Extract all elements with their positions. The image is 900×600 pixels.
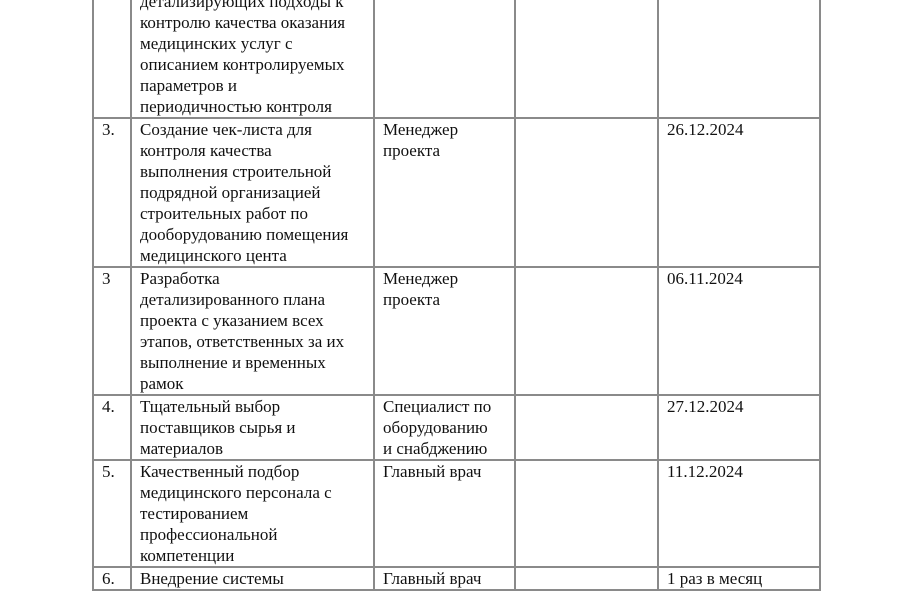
responsible-cell: Менеджер проекта [374, 267, 515, 395]
task-cell: Разработка детализированного плана проек… [131, 267, 374, 395]
empty-cell [515, 395, 658, 460]
task-cell: Создание чек-листа для контроля качества… [131, 118, 374, 267]
row-number: 3 [93, 267, 131, 395]
deadline-cell: 26.12.2024 [658, 118, 820, 267]
document-page: документов, детализирующих подходы к кон… [0, 0, 900, 600]
empty-cell [515, 567, 658, 590]
table-row: 3. Создание чек-листа для контроля качес… [93, 118, 820, 267]
empty-cell [515, 0, 658, 118]
row-number [93, 0, 131, 118]
row-number: 4. [93, 395, 131, 460]
empty-cell [515, 267, 658, 395]
responsible-cell [374, 0, 515, 118]
responsible-cell: Менеджер проекта [374, 118, 515, 267]
table-row: 4. Тщательный выбор поставщиков сырья и … [93, 395, 820, 460]
table-row: документов, детализирующих подходы к кон… [93, 0, 820, 118]
table-row: 6. Внедрение системы Главный врач 1 раз … [93, 567, 820, 590]
row-number: 5. [93, 460, 131, 567]
deadline-cell [658, 0, 820, 118]
task-cell: Качественный подбор медицинского персона… [131, 460, 374, 567]
table-row: 3 Разработка детализированного плана про… [93, 267, 820, 395]
responsible-cell: Главный врач [374, 460, 515, 567]
empty-cell [515, 118, 658, 267]
responsible-cell: Главный врач [374, 567, 515, 590]
task-cell: Тщательный выбор поставщиков сырья и мат… [131, 395, 374, 460]
deadline-cell: 06.11.2024 [658, 267, 820, 395]
responsible-cell: Специалист по оборудованию и снабджению [374, 395, 515, 460]
deadline-cell: 11.12.2024 [658, 460, 820, 567]
deadline-cell: 1 раз в месяц [658, 567, 820, 590]
table-row: 5. Качественный подбор медицинского перс… [93, 460, 820, 567]
row-number: 3. [93, 118, 131, 267]
action-plan-table: документов, детализирующих подходы к кон… [92, 0, 821, 591]
row-number: 6. [93, 567, 131, 590]
deadline-cell: 27.12.2024 [658, 395, 820, 460]
task-cell: Внедрение системы [131, 567, 374, 590]
task-cell: документов, детализирующих подходы к кон… [131, 0, 374, 118]
empty-cell [515, 460, 658, 567]
